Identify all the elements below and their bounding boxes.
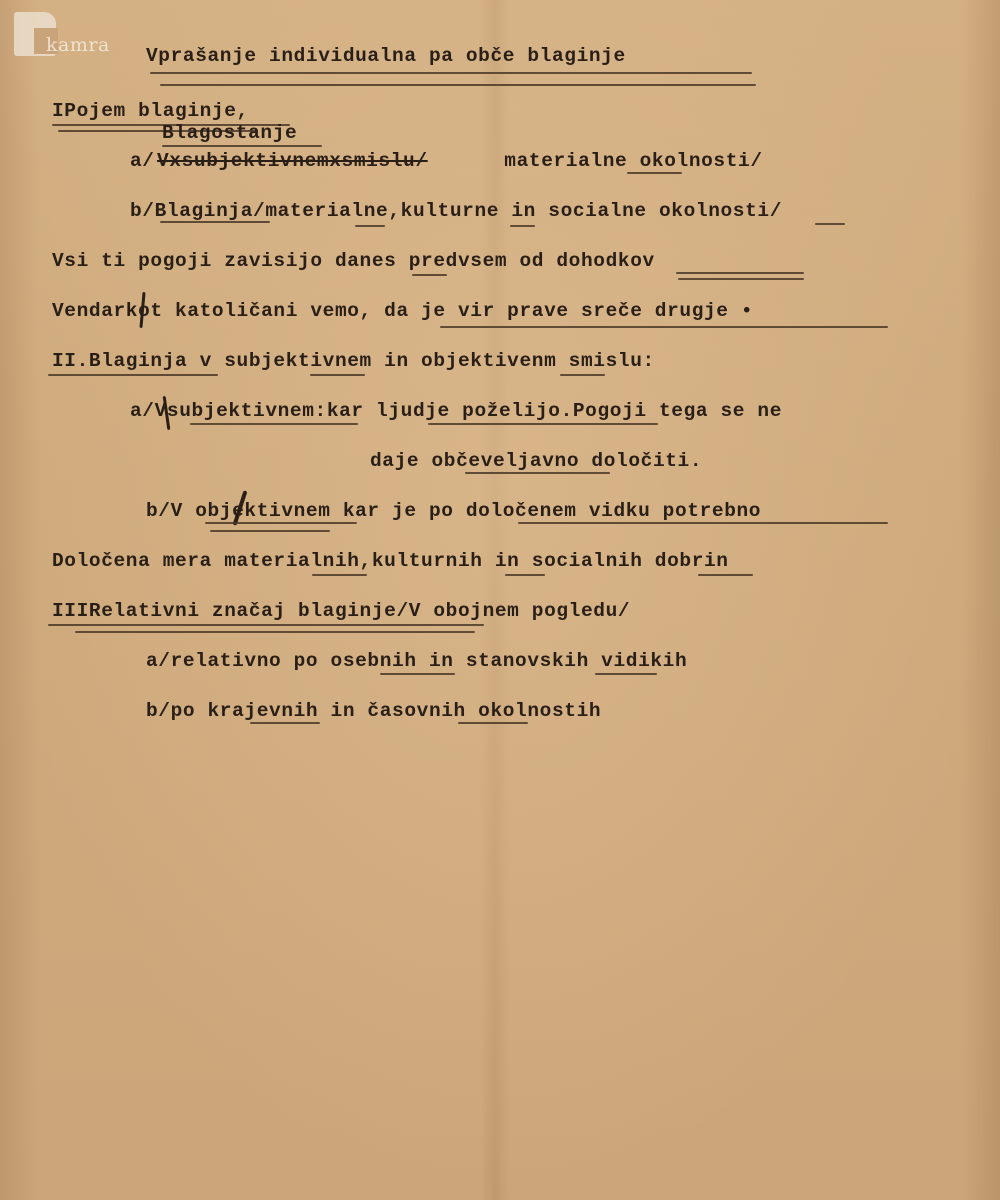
underline-al [698,574,753,576]
title-underline-1 [150,72,752,74]
kamra-logo: kamra [12,12,122,60]
section-heading-3: IIIRelativni značaj blaginje/V obojnem p… [52,600,630,622]
line-vsi: Vsi ti pogoji zavisijo danes predvsem od… [52,250,655,272]
underline-objektivnem [205,522,357,524]
underline-ne [627,172,682,174]
line-a-subjektivnem: a/Vsubjektivnem:kar ljudje poželijo.Pogo… [130,400,782,422]
underline-osebnih [380,673,455,675]
line-a-prefix: a/ [130,150,155,172]
underline-vir-prave [440,326,888,328]
line-a-rest: materialne okolnosti/ [492,150,763,172]
underline-an [412,274,447,276]
underline-ur [505,574,545,576]
line-dolocena: Določena mera materialnih,kulturnih in s… [52,550,729,572]
blagostanje-underline [162,145,322,147]
underline-dohodkov-1 [676,272,804,274]
underline-ri [355,225,385,227]
line-daje: daje občeveljavno določiti. [370,450,702,472]
underline-sovnih [458,722,528,724]
underline-tu [510,225,535,227]
underline-novsk [595,673,657,675]
underline-dolocenem [518,522,888,524]
logo-text: kamra [46,34,110,56]
title-underline-2 [160,84,756,86]
underline-ol [815,223,845,225]
underline-obceveljavno [465,472,610,474]
underline-ekt [560,374,605,376]
section-heading-2: II.Blaginja v subjektivnem in objektiven… [52,350,655,372]
line-vendar: Vendarkot katoličani vemo, da je vir pra… [52,300,753,322]
section-heading-1: IPojem blaginje, [52,100,249,122]
underline-jek [310,374,365,376]
underline-ria [312,574,367,576]
underline-relativni-2 [75,631,475,633]
subheading-blagostanje: Blagostanje [162,122,297,144]
underline-blaginja-2 [48,374,218,376]
underline-jev [250,722,320,724]
line-b-blaginja: b/Blaginja/materialne,kulturne in social… [130,200,782,222]
underline-objektivnem-2 [210,530,330,532]
line-a-relativno: a/relativno po osebnih in stanovskih vid… [146,650,687,672]
underline-dohodkov-2 [678,278,804,280]
underline-subjektivnem [190,423,358,425]
line-b-krajevnih: b/po krajevnih in časovnih okolnostih [146,700,601,722]
struck-text: Vxsubjektivnemxsmislu/ [157,150,428,172]
document-title: Vprašanje individualna pa obče blaginje [146,45,626,67]
underline-blaginja [160,221,270,223]
underline-relativni [48,624,484,626]
underline-ljudje [428,423,658,425]
